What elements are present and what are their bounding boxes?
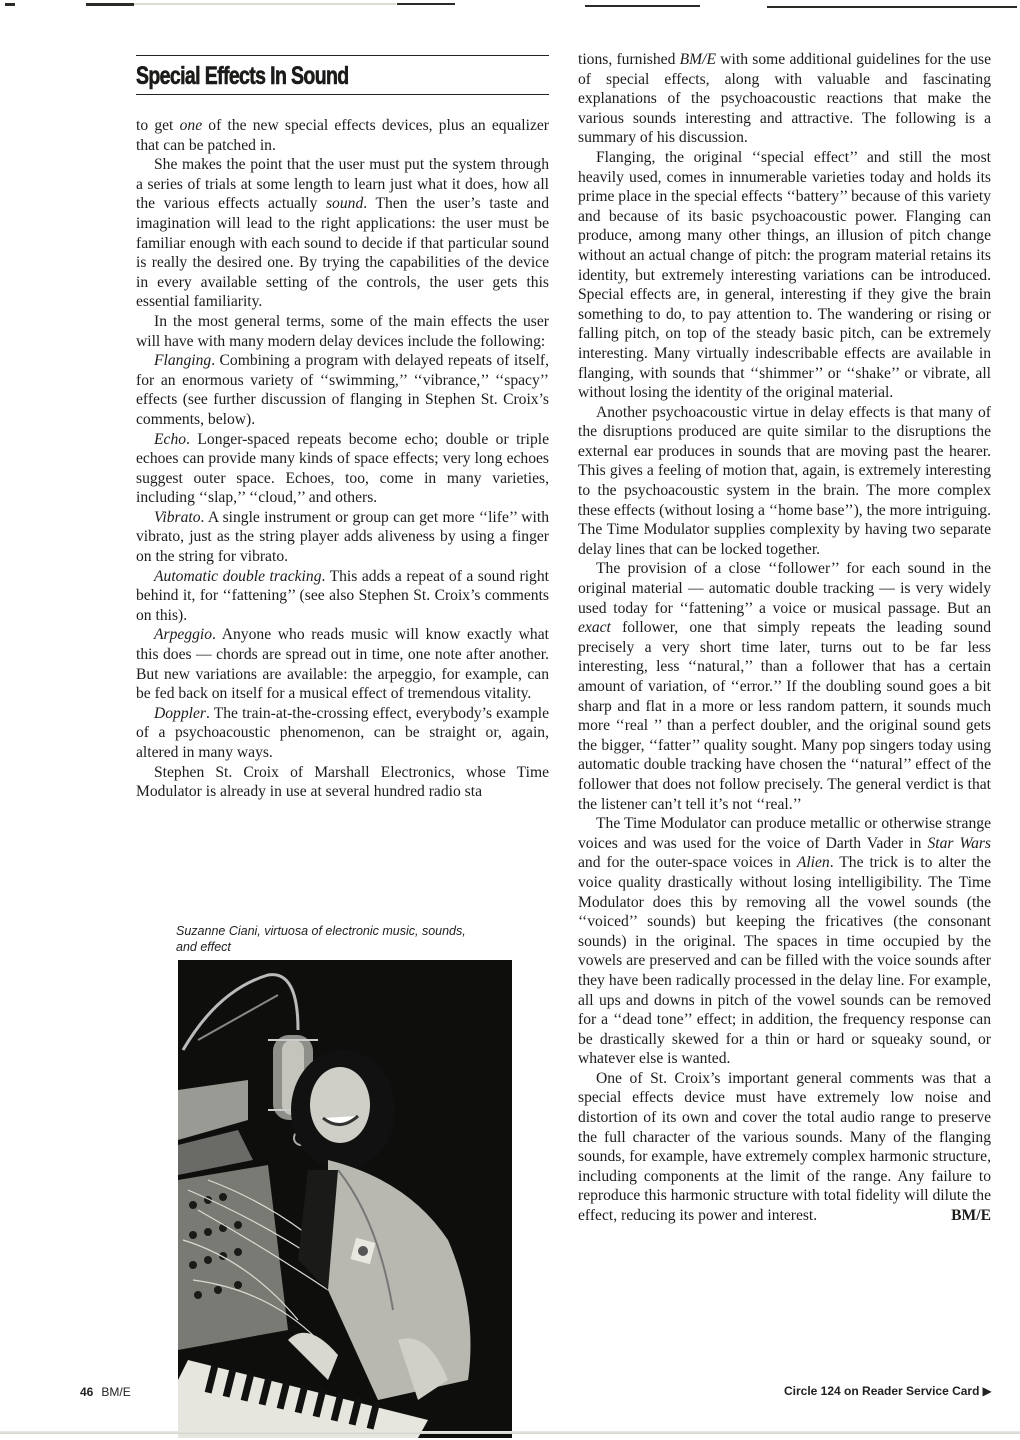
emphasis-text: exact xyxy=(578,619,611,636)
body-paragraph: Flanging. Combining a program with delay… xyxy=(136,351,549,429)
body-paragraph: Vibrato. A single instrument or group ca… xyxy=(136,508,549,567)
photo-caption: Suzanne Ciani, virtuosa of electronic mu… xyxy=(176,923,476,955)
emphasis-text: Star Wars xyxy=(927,835,991,852)
header-rule-bottom xyxy=(136,94,549,95)
body-paragraph: to get one of the new special effects de… xyxy=(136,116,549,155)
page-edge-mark xyxy=(86,3,134,6)
emphasis-text: Flanging xyxy=(154,352,211,369)
reader-service-note: Circle 124 on Reader Service Card▶ xyxy=(784,1384,992,1398)
body-paragraph: The provision of a close ‘‘follower’’ fo… xyxy=(578,559,991,814)
emphasis-text: Doppler xyxy=(154,705,206,722)
article-title: Special Effects In Sound xyxy=(136,56,458,94)
arrow-right-icon: ▶ xyxy=(982,1384,991,1398)
body-paragraph: Automatic double tracking. This adds a r… xyxy=(136,567,549,626)
emphasis-text: BM/E xyxy=(680,51,716,68)
page-edge-mark xyxy=(134,3,396,5)
right-column: tions, furnished BM/E with some addition… xyxy=(578,50,991,1226)
emphasis-text: one xyxy=(180,117,203,134)
emphasis-text: Echo xyxy=(154,431,186,448)
page-edge-mark xyxy=(767,6,1017,8)
page-folio: 46BM/E xyxy=(80,1385,131,1399)
emphasis-text: Alien xyxy=(797,854,830,871)
publication-name: BM/E xyxy=(101,1385,130,1399)
page-number: 46 xyxy=(80,1385,93,1399)
body-paragraph: The Time Modulator can produce metallic … xyxy=(578,814,991,1069)
reader-service-text: Circle 124 on Reader Service Card xyxy=(784,1384,979,1398)
page-edge-bottom xyxy=(0,1431,1020,1434)
body-paragraph: Another psychoacoustic virtue in delay e… xyxy=(578,403,991,560)
page-edge-mark xyxy=(397,3,455,5)
emphasis-text: Automatic double tracking xyxy=(154,568,322,585)
body-paragraph: Flanging, the original ‘‘special effect’… xyxy=(578,148,991,403)
emphasis-text: sound xyxy=(326,195,363,212)
body-paragraph: In the most general terms, some of the m… xyxy=(136,312,549,351)
body-paragraph: Echo. Longer-spaced repeats become echo;… xyxy=(136,430,549,508)
article-photo xyxy=(178,960,512,1438)
article-signature: BM/E xyxy=(933,1206,991,1226)
page-edge-mark xyxy=(5,3,15,6)
body-paragraph: Arpeggio. Anyone who reads music will kn… xyxy=(136,625,549,703)
body-paragraph: Stephen St. Croix of Marshall Electronic… xyxy=(136,763,549,802)
page-edge-mark xyxy=(585,5,700,7)
body-paragraph: Doppler. The train-at-the-crossing effec… xyxy=(136,704,549,763)
body-paragraph: She makes the point that the user must p… xyxy=(136,155,549,312)
body-paragraph: One of St. Croix’s important general com… xyxy=(578,1069,991,1226)
article-header: Special Effects In Sound xyxy=(136,55,549,95)
left-column: to get one of the new special effects de… xyxy=(136,116,549,802)
emphasis-text: Arpeggio xyxy=(154,626,212,643)
body-paragraph: tions, furnished BM/E with some addition… xyxy=(578,50,991,148)
photo-illustration xyxy=(178,960,512,1438)
emphasis-text: Vibrato xyxy=(154,509,201,526)
